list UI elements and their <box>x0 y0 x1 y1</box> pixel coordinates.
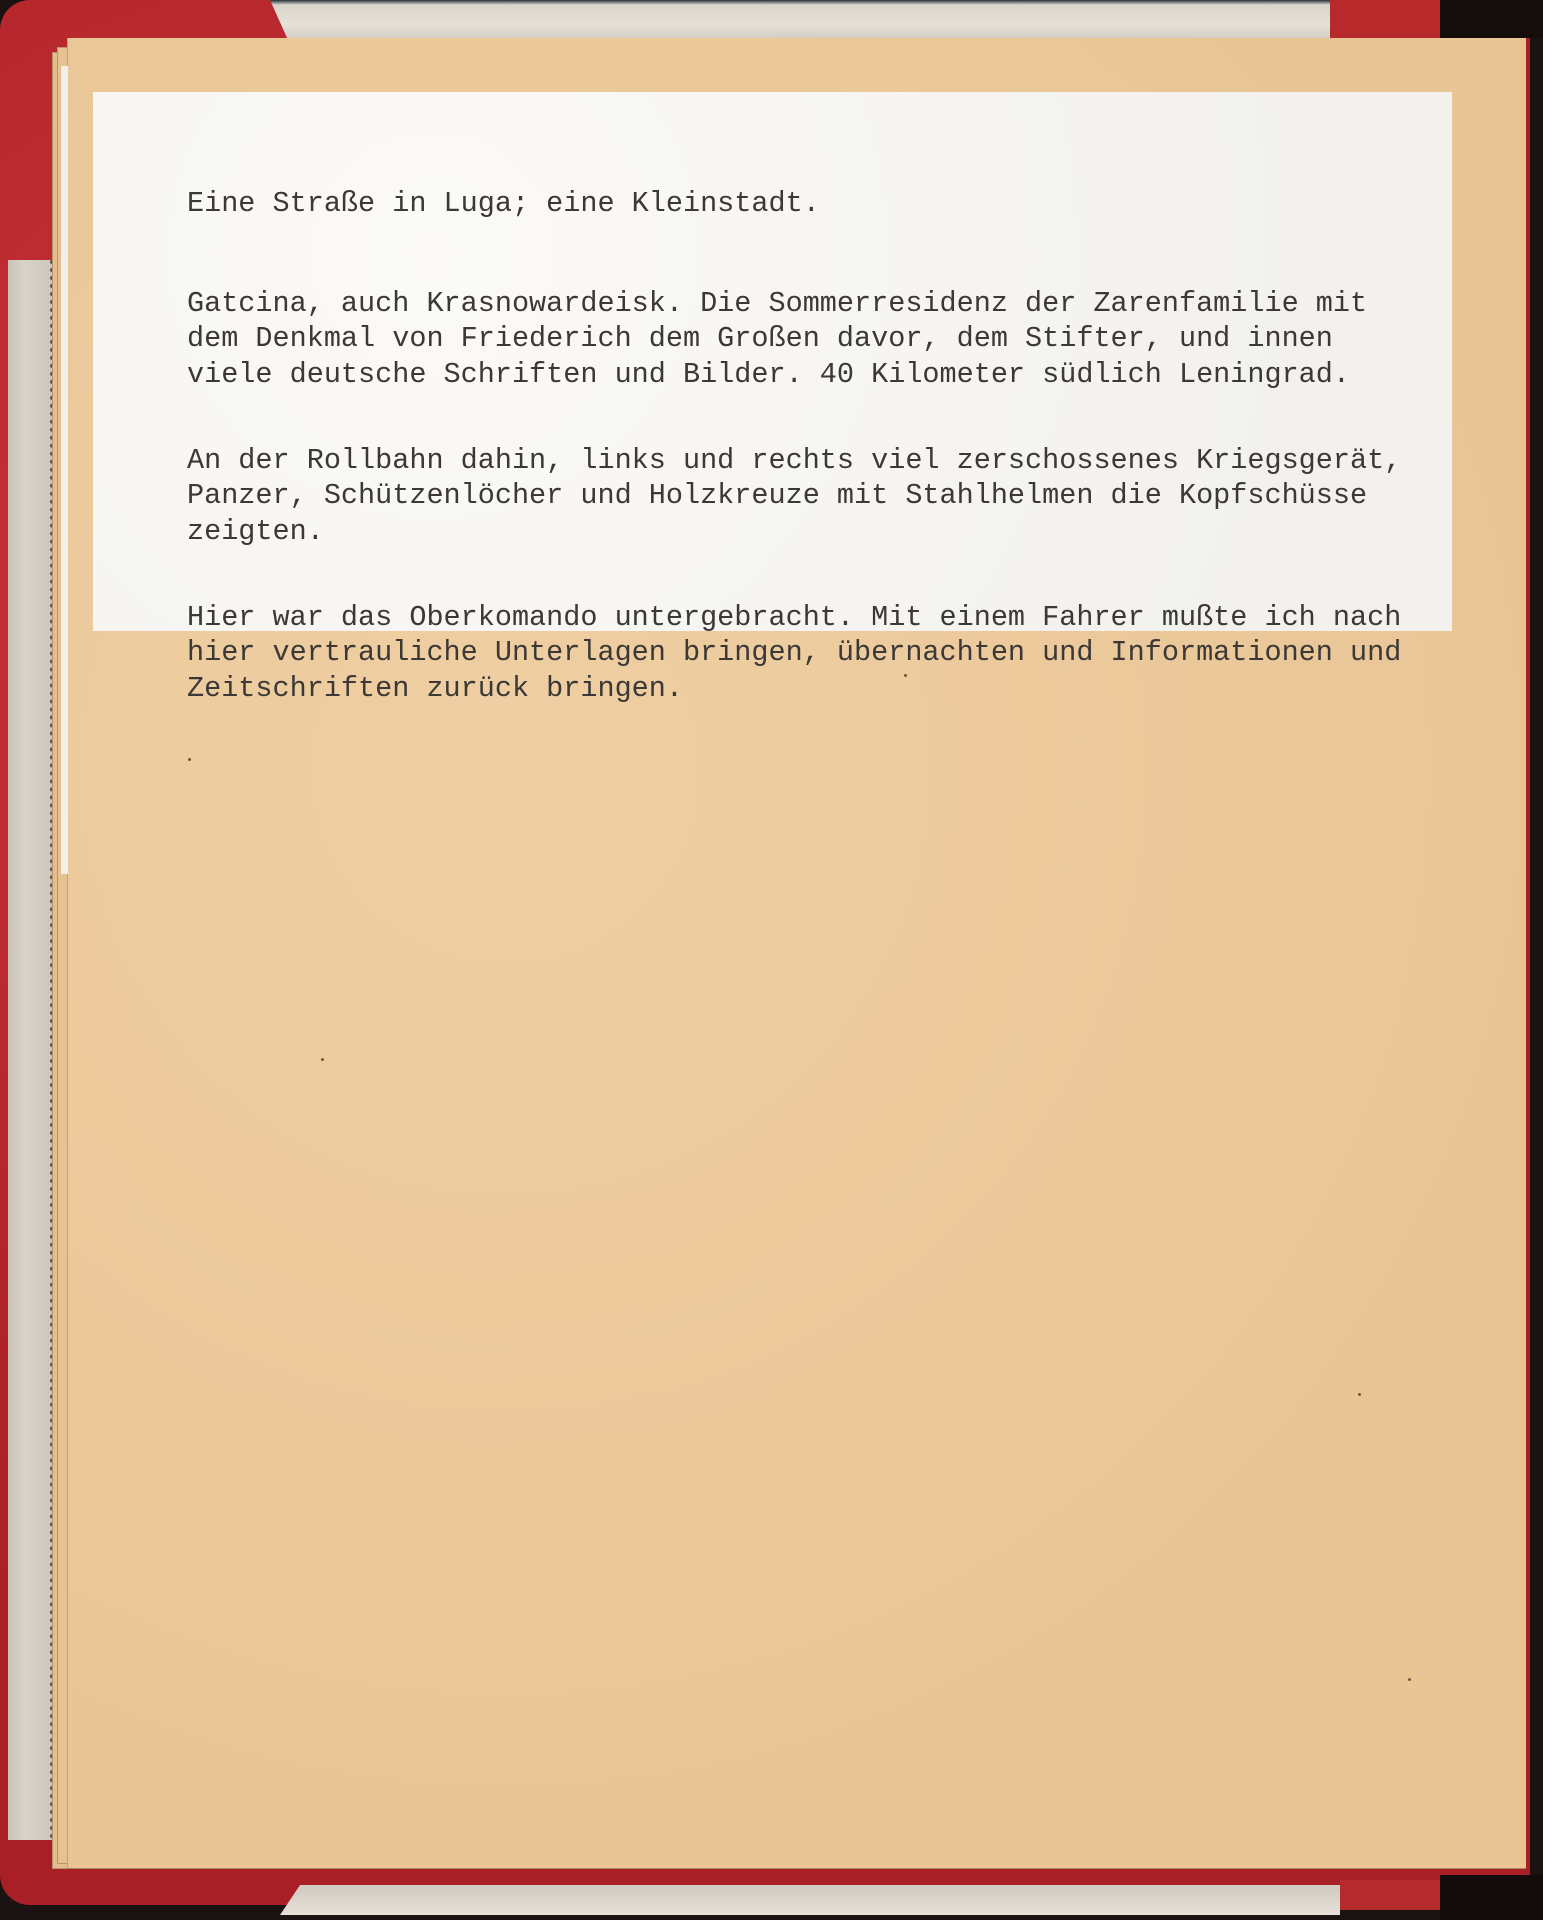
paragraph-oberkomando: Hier war das Oberkomando untergebracht. … <box>187 600 1427 707</box>
marbled-endpaper-bottom <box>280 1885 1340 1915</box>
paper-edge-strip <box>61 66 68 874</box>
paper-speck <box>1358 1393 1361 1396</box>
paper-speck <box>188 758 191 761</box>
caption-text: Eine Straße in Luga; eine Kleinstadt. Ga… <box>187 150 1427 757</box>
paragraph-gatcina: Gatcina, auch Krasnowardeisk. Die Sommer… <box>187 286 1427 393</box>
cover-corner-bottom-right <box>1340 1880 1440 1910</box>
marbled-endpaper-top <box>270 0 1330 40</box>
background-corner <box>1440 0 1543 38</box>
background-corner-bottom <box>1440 1875 1543 1920</box>
paper-speck <box>321 1058 324 1061</box>
typed-caption-card: Eine Straße in Luga; eine Kleinstadt. Ga… <box>93 92 1452 631</box>
marbled-endpaper-left <box>8 260 54 1840</box>
paragraph-rollbahn: An der Rollbahn dahin, links und rechts … <box>187 443 1427 550</box>
cover-corner-top-right <box>1330 0 1440 40</box>
paragraph-luga: Eine Straße in Luga; eine Kleinstadt. <box>187 186 1427 222</box>
paper-speck <box>1408 1678 1411 1681</box>
